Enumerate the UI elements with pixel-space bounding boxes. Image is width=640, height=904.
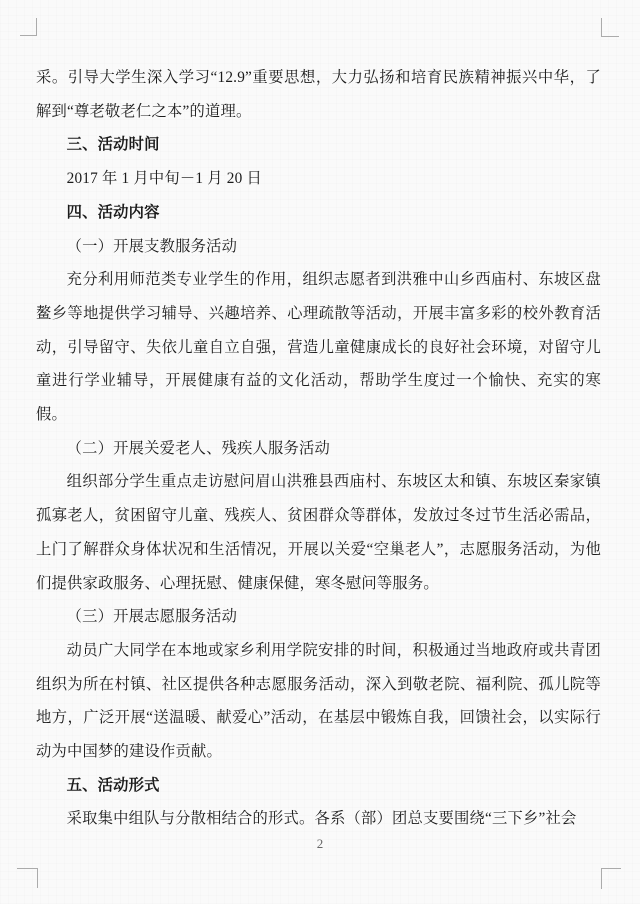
crop-mark-bottom-left (17, 868, 38, 888)
paragraph-section-5-body: 采取集中组队与分散相结合的形式。各系（部）团总支要围绕“三下乡”社会 (36, 802, 601, 836)
document-page: 采。引导大学生深入学习“12.9”重要思想，大力弘扬和培育民族精神振兴中华，了解… (0, 0, 640, 904)
heading-section-5-activity-form: 五、活动形式 (36, 769, 601, 803)
paragraph-item-1-body: 充分利用师范类专业学生的作用，组织志愿者到洪雅中山乡西庙村、东坡区盘鳌乡等地提供… (36, 263, 601, 432)
paragraph-item-1-title: （一）开展支教服务活动 (36, 230, 601, 264)
paragraph-item-3-body: 动员广大同学在本地或家乡利用学院安排的时间，积极通过当地政府或共青团组织为所在村… (36, 634, 601, 769)
paragraph-item-2-title: （二）开展关爱老人、残疾人服务活动 (36, 432, 601, 466)
paragraph-item-2-body: 组织部分学生重点走访慰问眉山洪雅县西庙村、东坡区太和镇、东坡区秦家镇孤寡老人，贫… (36, 465, 601, 600)
page-number: 2 (0, 836, 640, 852)
paragraph-activity-time: 2017 年 1 月中旬－1 月 20 日 (36, 162, 601, 196)
heading-section-3-activity-time: 三、活动时间 (36, 128, 601, 162)
heading-section-4-activity-content: 四、活动内容 (36, 196, 601, 230)
crop-mark-top-left (20, 18, 37, 36)
crop-mark-top-right (601, 18, 619, 37)
document-body: 采。引导大学生深入学习“12.9”重要思想，大力弘扬和培育民族精神振兴中华，了解… (36, 61, 601, 836)
paragraph-continuation: 采。引导大学生深入学习“12.9”重要思想，大力弘扬和培育民族精神振兴中华，了解… (36, 61, 601, 128)
crop-mark-bottom-right (601, 868, 621, 889)
paragraph-item-3-title: （三）开展志愿服务活动 (36, 600, 601, 634)
